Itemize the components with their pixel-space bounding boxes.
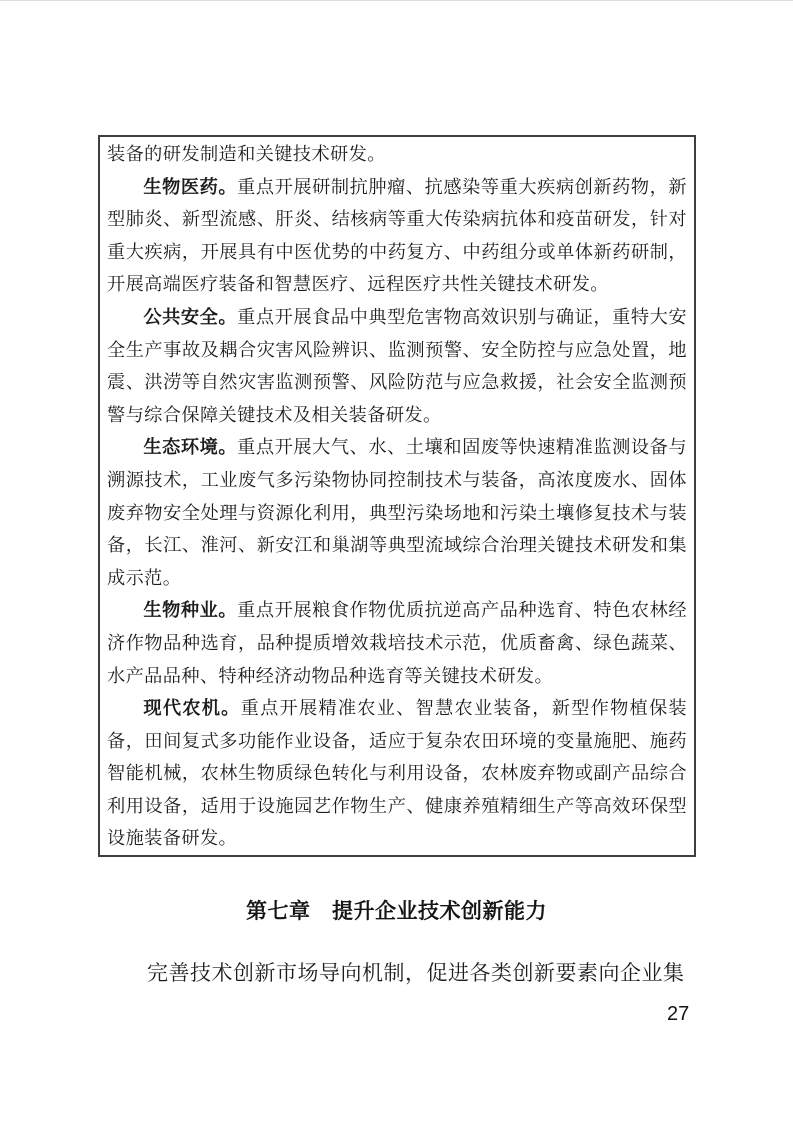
chapter-heading: 第七章 提升企业技术创新能力 bbox=[0, 895, 793, 925]
paragraph-lead: 生态环境。 bbox=[143, 437, 237, 457]
paragraph-lead: 现代农机。 bbox=[143, 698, 240, 718]
box-paragraph: 生物医药。重点开展研制抗肿瘤、抗感染等重大疾病创新药物，新型肺炎、新型流感、肝炎… bbox=[107, 171, 687, 301]
box-paragraph: 装备的研发制造和关键技术研发。 bbox=[107, 138, 687, 171]
page-number: 27 bbox=[667, 1003, 689, 1026]
paragraph-lead: 生物医药。 bbox=[143, 177, 237, 197]
document-page: 装备的研发制造和关键技术研发。 生物医药。重点开展研制抗肿瘤、抗感染等重大疾病创… bbox=[0, 0, 793, 1122]
box-paragraph: 公共安全。重点开展食品中典型危害物高效识别与确证，重特大安全生产事故及耦合灾害风… bbox=[107, 301, 687, 431]
paragraph-text: 装备的研发制造和关键技术研发。 bbox=[107, 144, 386, 164]
box-paragraph: 现代农机。重点开展精准农业、智慧农业装备，新型作物植保装备，田间复式多功能作业设… bbox=[107, 692, 687, 855]
paragraph-lead: 生物种业。 bbox=[143, 600, 237, 620]
body-paragraph: 完善技术创新市场导向机制，促进各类创新要素向企业集 bbox=[105, 957, 693, 990]
paragraph-text: 重点开展精准农业、智慧农业装备，新型作物植保装备，田间复式多功能作业设备，适应于… bbox=[107, 698, 687, 848]
box-paragraph: 生态环境。重点开展大气、水、土壤和固废等快速精准监测设备与溯源技术，工业废气多污… bbox=[107, 431, 687, 594]
key-tech-fields-box: 装备的研发制造和关键技术研发。 生物医药。重点开展研制抗肿瘤、抗感染等重大疾病创… bbox=[98, 135, 696, 857]
box-paragraph: 生物种业。重点开展粮食作物优质抗逆高产品种选育、特色农林经济作物品种选育，品种提… bbox=[107, 594, 687, 692]
paragraph-text: 重点开展大气、水、土壤和固废等快速精准监测设备与溯源技术，工业废气多污染物协同控… bbox=[107, 437, 687, 587]
paragraph-lead: 公共安全。 bbox=[143, 307, 237, 327]
